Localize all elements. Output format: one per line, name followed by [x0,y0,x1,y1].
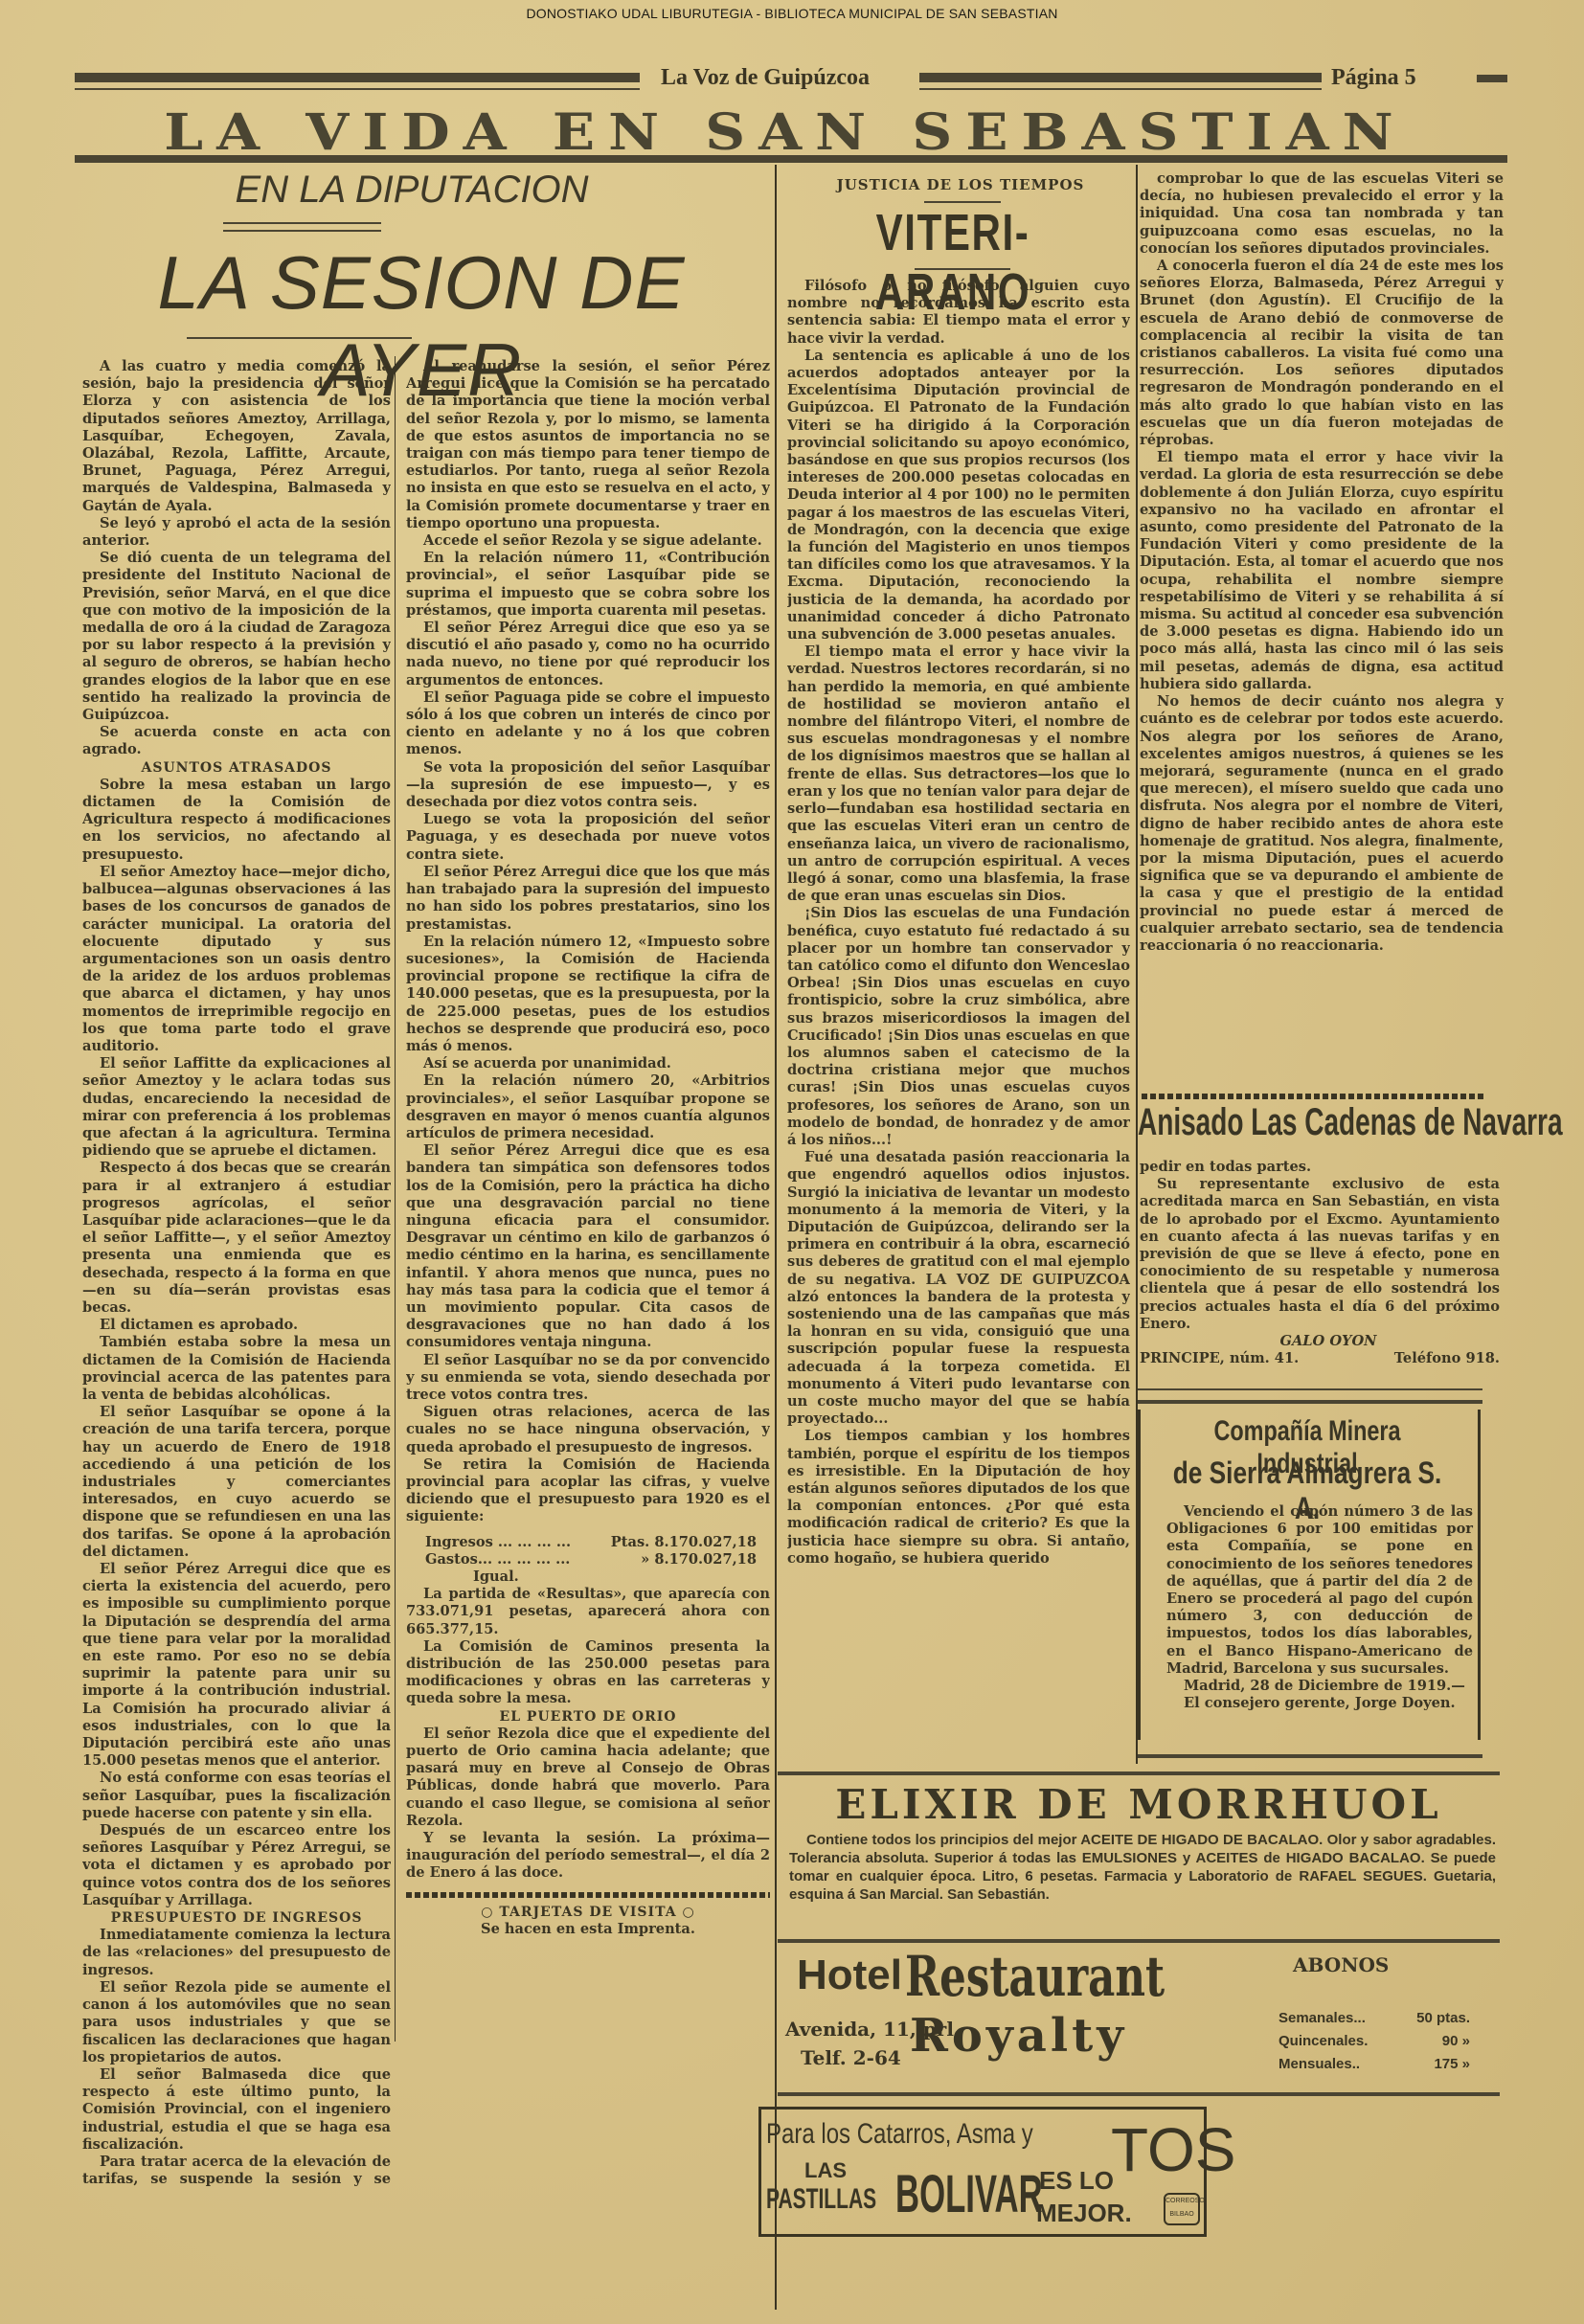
elixir-title: ELIXIR DE MORRHUOL [778,1781,1500,1828]
column-rule-1 [395,356,396,2042]
paragraph: No está conforme con esas teorías el señ… [82,1770,391,1822]
paragraph: Y se levanta la sesión. La próxima—inaug… [406,1830,770,1883]
masthead-rule-mid [919,73,1322,82]
paragraph: El dictamen es aprobado. [82,1317,391,1334]
paragraph: La partida de «Resultas», que aparecía c… [406,1586,770,1638]
tarjetas-text: Se hacen en esta Imprenta. [406,1921,770,1938]
paragraph: El señor Lasquíbar no se da por convenci… [406,1352,770,1405]
page-number: Página 5 [1331,65,1416,91]
paragraph: El señor Rezola dice que el expediente d… [406,1726,770,1830]
paragraph: El señor Lasquíbar se opone á la creació… [82,1404,391,1561]
budget-row-ingresos: Ingresos ... ... ... ... Ptas. 8.170.027… [425,1534,757,1551]
bolivar-seal: CORREOSO BILBAO [1164,2193,1200,2225]
paragraph: La sentencia es aplicable á uno de los a… [787,348,1130,643]
abonos-title: ABONOS [1293,1953,1389,1976]
anisado-ad: pedir en todas partes. Su representante … [1140,1159,1500,1367]
section-title: LA VIDA EN SAN SEBASTIAN [77,102,1494,161]
paragraph: Al reanudarse la sesión, el señor Pérez … [406,358,770,532]
subheading-presupuesto: PRESUPUESTO DE INGRESOS [82,1909,391,1927]
bolivar-las: LAS [804,2158,847,2183]
bolivar-es-lo: ES LO [1039,2166,1114,2196]
column-3: Filósofo ó no filósofo, alguien cuyo nom… [787,278,1130,1752]
viteri-headline-rule [915,268,1010,270]
paragraph: Se vota la proposición del señor Lasquíb… [406,759,770,812]
paragraph: La Comisión de Caminos presenta la distr… [406,1638,770,1708]
bolivar-line1: Para los Catarros, Asma y [766,2118,1033,2151]
masthead-rule-left [75,73,640,82]
anisado-signature: GALO OYON [1140,1333,1500,1350]
paragraph: Inmediatamente comienza la lectura de la… [82,1927,391,1979]
paragraph: Luego se vota la proposición del señor P… [406,811,770,864]
minera-body: Venciendo el cupón número 3 de las Oblig… [1166,1503,1473,1712]
archive-banner: DONOSTIAKO UDAL LIBURUTEGIA - BIBLIOTECA… [0,6,1584,21]
tarjetas-title: ○ TARJETAS DE VISITA ○ [406,1904,770,1921]
column-2: Al reanudarse la sesión, el señor Pérez … [406,358,770,2235]
bolivar-brand: BOLIVAR [895,2162,1043,2224]
anisado-phone: Teléfono 918. [1394,1350,1500,1367]
column-rule-2 [775,165,777,2310]
elixir-body: Contiene todos los principios del mejor … [789,1831,1496,1904]
masthead-rule-right [1477,75,1507,82]
royalty-name-1: Restaurant [905,1944,1165,2009]
subheading-orio: EL PUERTO DE ORIO [406,1708,770,1726]
paragraph: El señor Laffitte da explicaciones al se… [82,1055,391,1160]
royalty-top-rule [778,1939,1500,1943]
subheading-asuntos: ASUNTOS ATRASADOS [82,759,391,777]
anisado-rule [1138,1388,1482,1390]
paragraph: Siguen otras relaciones, acerca de las c… [406,1404,770,1456]
article-kicker: EN LA DIPUTACION [57,169,766,212]
paragraph: Se dió cuenta de un telegrama del presid… [82,550,391,724]
paragraph: Los tiempos cambian y los hombres tambié… [787,1428,1130,1568]
bolivar-tos: TOS [1111,2114,1235,2185]
paragraph: Respecto á dos becas que se crearán para… [82,1160,391,1317]
anisado-lead: pedir en todas partes. [1140,1159,1500,1176]
anisado-body: Su representante exclusivo de esta acred… [1140,1176,1500,1333]
abono-quincenal: Quincenales.90 » [1279,2030,1470,2053]
paragraph: En la relación número 11, «Contribución … [406,550,770,620]
newspaper-name: La Voz de Guipúzcoa [661,65,870,91]
kicker-rule [223,222,381,224]
paragraph: A las cuatro y media comenzó la sesión, … [82,358,391,515]
kicker-rule-2 [223,230,381,232]
anisado-address: PRINCIPE, núm. 41. [1140,1350,1299,1367]
masthead-rule-mid-thin [919,88,1322,90]
paragraph: Sobre la mesa estaban un largo dictamen … [82,777,391,864]
royalty-hotel: Hotel [797,1952,902,1999]
paragraph: Así se acuerda por unanimidad. [406,1055,770,1072]
paragraph: En la relación número 12, «Impuesto sobr… [406,934,770,1055]
paragraph: comprobar lo que de las escuelas Viteri … [1140,170,1504,258]
column-4: comprobar lo que de las escuelas Viteri … [1140,170,1504,1061]
paragraph: Se leyó y aprobó el acta de la sesión an… [82,515,391,550]
paragraph: Se retira la Comisión de Hacienda provin… [406,1456,770,1526]
paragraph: El señor Rezola pide se aumente el canon… [82,1979,391,2066]
abono-semanal: Semanales...50 ptas. [1279,2007,1470,2030]
paragraph: El señor Pérez Arregui dice que es esa b… [406,1142,770,1351]
minera-signature: El consejero gerente, Jorge Doyen. [1166,1695,1473,1712]
royalty-bottom-rule [778,2092,1500,2096]
paragraph: Fué una desatada pasión reaccionaria la … [787,1149,1130,1428]
wavy-divider [406,1892,770,1898]
paragraph: Para tratar acerca de la elevación de ta… [82,2154,391,2187]
wavy-divider-col4 [1142,1094,1486,1099]
anisado-title: Anisado Las Cadenas de Navarra [1138,1101,1392,1144]
paragraph: El señor Pérez Arregui dice que los que … [406,864,770,934]
bolivar-pastillas: PASTILLAS [766,2183,876,2216]
paragraph: También estaba sobre la mesa un dictamen… [82,1334,391,1404]
paragraph: Se acuerda conste en acta con agrado. [82,724,391,758]
paragraph: El señor Paguaga pide se cobre el impues… [406,689,770,759]
paragraph: No hemos de decir cuánto nos alegra y cu… [1140,693,1504,955]
column-1: A las cuatro y media comenzó la sesión, … [82,358,391,2187]
paragraph: El señor Pérez Arregui dice que eso ya s… [406,620,770,689]
headline-ornament [187,337,412,339]
masthead-rule-left-thin [75,88,640,90]
abono-mensual: Mensuales..175 » [1279,2053,1470,2076]
anisado-rule-thick [1138,1400,1482,1404]
royalty-phone: Telf. 2-64 [801,2049,901,2066]
minera-rule [1138,1754,1482,1758]
royalty-name-2: Royalty [910,2009,1127,2063]
bolivar-mejor: MEJOR. [1036,2199,1132,2228]
paragraph: Después de un escarceo entre los señores… [82,1822,391,1909]
paragraph: El señor Balmaseda dice que respecto á e… [82,2066,391,2154]
paragraph: El tiempo mata el error y hace vivir la … [1140,449,1504,693]
paragraph: El señor Pérez Arregui dice que es ciert… [82,1561,391,1770]
paragraph: El tiempo mata el error y hace vivir la … [787,643,1130,905]
budget-result: Igual. [425,1568,757,1586]
paragraph: El señor Amezt­oy hace—mejor dicho, balb… [82,864,391,1055]
viteri-kicker: JUSTICIA DE LOS TIEMPOS [783,176,1138,193]
elixir-top-rule [778,1771,1500,1775]
minera-date: Madrid, 28 de Diciembre de 1919.— [1166,1678,1473,1695]
section-title-underline [75,155,1507,163]
paragraph: Filósofo ó no filósofo, alguien cuyo nom… [787,278,1130,348]
budget-row-gastos: Gastos... ... ... ... ... » 8.170.027,18 [425,1551,757,1568]
abonos-list: Semanales...50 ptas. Quincenales.90 » Me… [1279,2007,1470,2076]
paragraph: A conocerla fueron el día 24 de este mes… [1140,258,1504,449]
paragraph: En la relación número 20, «Arbitrios pro… [406,1072,770,1142]
paragraph: ¡Sin Dios las escuelas de una Fundación … [787,905,1130,1149]
paragraph: Accede el señor Rezola y se sigue adelan… [406,532,770,550]
